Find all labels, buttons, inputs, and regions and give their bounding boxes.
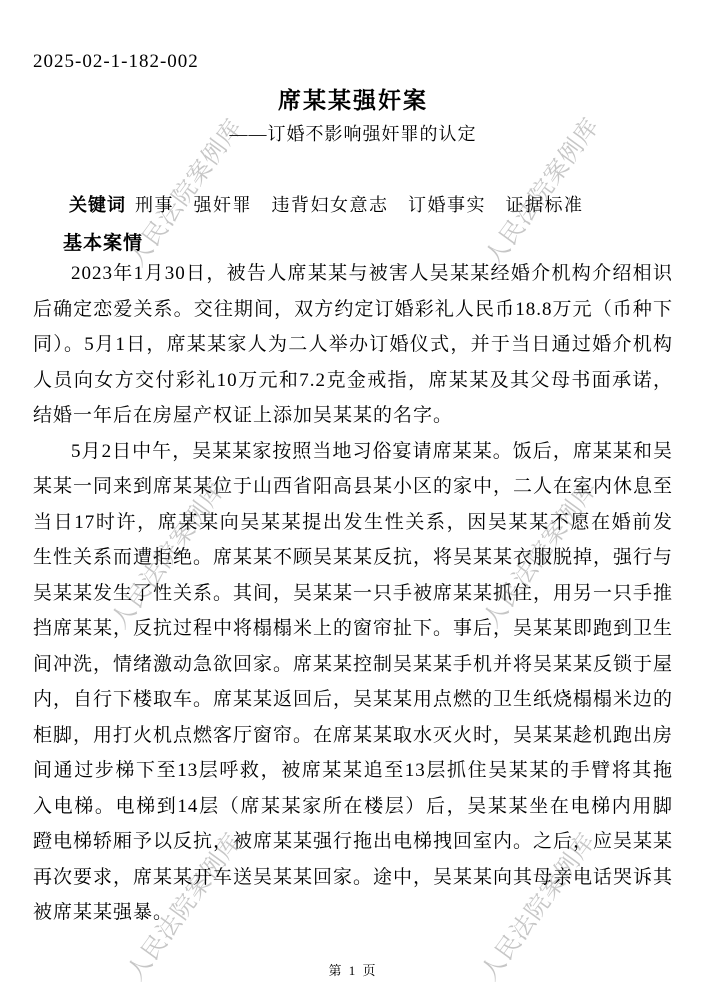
case-paragraph: 2023年1月30日，被告人席某某与被害人吴某某经婚介机构介绍相识后确定恋爱关系… [33, 256, 673, 434]
keywords-label: 关键词 [69, 195, 126, 215]
keywords-values: 刑事 强奸罪 违背妇女意志 订婚事实 证据标准 [135, 195, 584, 215]
case-document-page: 人民法院案例库 人民法院案例库 人民法院案例库 人民法院案例库 人民法院案例库 … [0, 0, 706, 999]
case-paragraph: 5月2日中午，吴某某家按照当地习俗宴请席某某。饭后，席某某和吴某某一同来到席某某… [33, 434, 673, 931]
section-heading-basic-facts: 基本案情 [63, 228, 143, 255]
case-body-text: 2023年1月30日，被告人席某某与被害人吴某某经婚介机构介绍相识后确定恋爱关系… [33, 256, 673, 931]
keywords-line: 关键词刑事 强奸罪 违背妇女意志 订婚事实 证据标准 [33, 191, 673, 217]
case-subtitle: ——订婚不影响强奸罪的认定 [0, 120, 706, 146]
page-number: 第 1 页 [0, 960, 706, 979]
document-number: 2025-02-1-182-002 [33, 51, 199, 73]
case-title: 席某某强奸案 [0, 82, 706, 115]
